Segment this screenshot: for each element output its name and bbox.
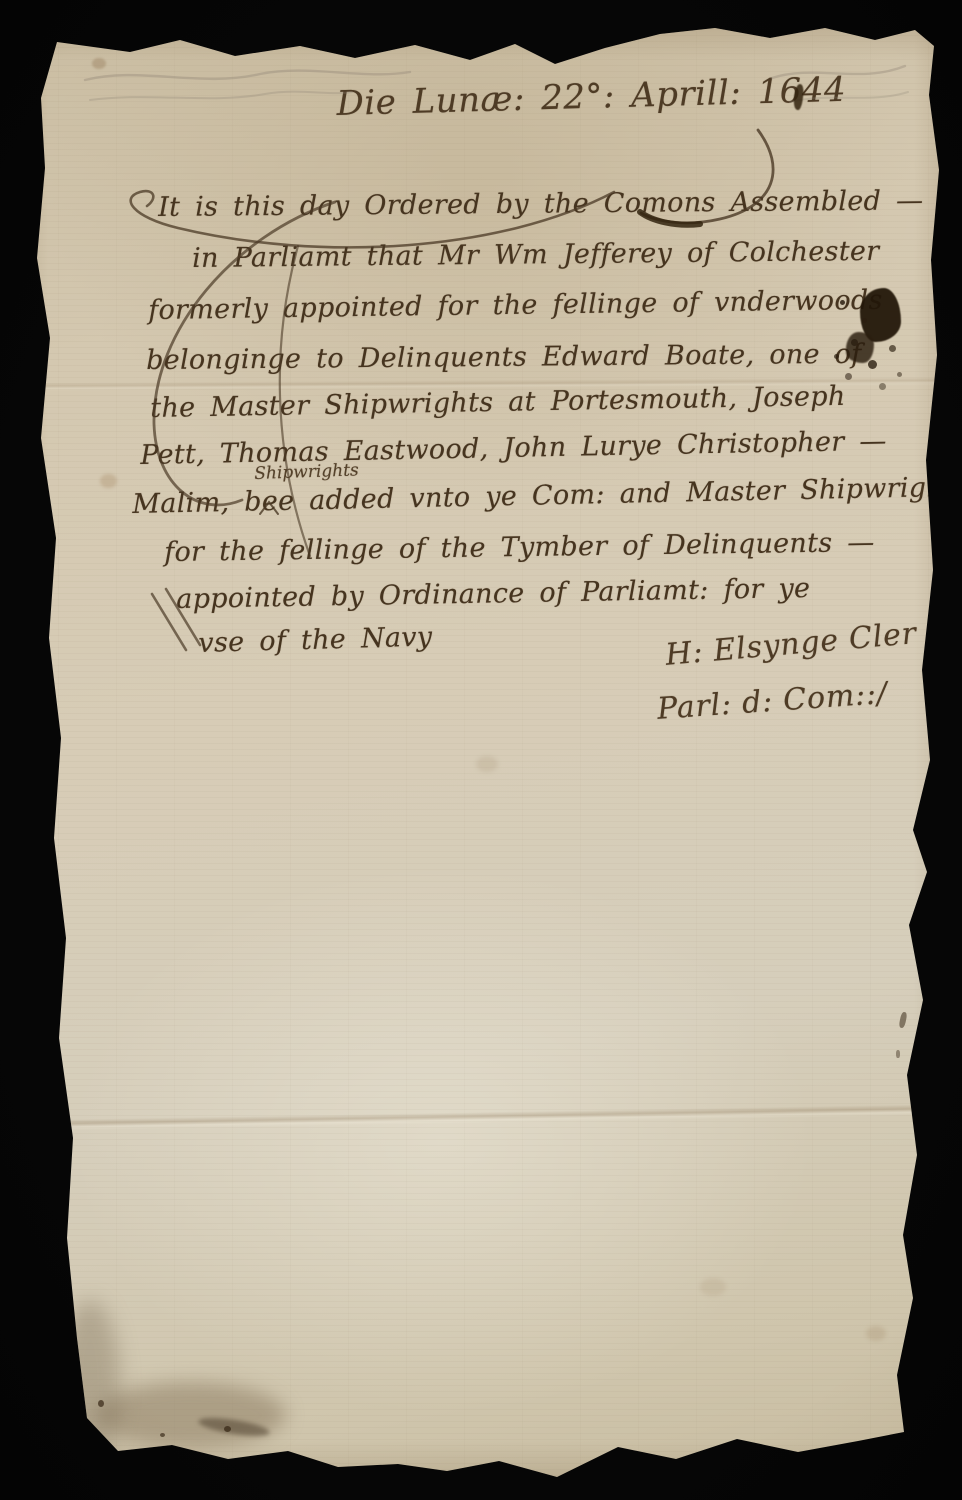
foxing-spot bbox=[700, 1278, 726, 1296]
body-line: in Parliamt that Mr Wm Jefferey of Colch… bbox=[192, 236, 880, 274]
body-line: belonginge to Delinquents Edward Boate, … bbox=[146, 339, 862, 376]
clerk-signature-title: Parl: d: Com::/ bbox=[656, 676, 889, 727]
fold-crease-lower bbox=[38, 1104, 936, 1131]
foxing-spot bbox=[100, 474, 117, 488]
ink-speck bbox=[896, 1050, 900, 1058]
body-line: the Master Shipwrights at Portesmouth, J… bbox=[150, 381, 846, 424]
pen-flourishes bbox=[0, 0, 962, 1500]
foxing-spot bbox=[866, 1326, 886, 1341]
interlinear-insertion: Shipwrights bbox=[254, 460, 359, 484]
photo-of-manuscript: Die Lunæ: 22°: Aprill: 1644 It is this d… bbox=[0, 0, 962, 1500]
ink-speck bbox=[898, 1012, 907, 1029]
clerk-signature: H: Elsynge Cler bbox=[664, 616, 918, 673]
ink-speck bbox=[98, 1400, 104, 1407]
body-line: It is this day Ordered by the Comons Ass… bbox=[158, 185, 923, 223]
body-line: vse of the Navy bbox=[198, 621, 433, 659]
pencil-annotation-left-2 bbox=[90, 92, 352, 100]
body-line: appointed by Ordinance of Parliamt: for … bbox=[176, 573, 811, 615]
foxing-spot bbox=[92, 58, 106, 69]
body-line: formerly appointed for the fellinge of v… bbox=[148, 285, 883, 326]
stain-left-edge bbox=[60, 1300, 120, 1470]
foxing-spot bbox=[476, 756, 498, 772]
body-line: Pett, Thomas Eastwood, John Lurye Christ… bbox=[140, 426, 887, 471]
ink-speck bbox=[224, 1426, 231, 1432]
date-heading: Die Lunæ: 22°: Aprill: 1644 bbox=[336, 70, 847, 124]
ink-speck bbox=[160, 1433, 165, 1437]
pencil-annotation-left bbox=[85, 71, 410, 80]
stain-streak bbox=[197, 1414, 270, 1439]
body-line: for the fellinge of the Tymber of Delinq… bbox=[164, 527, 875, 568]
paper-sheet: Die Lunæ: 22°: Aprill: 1644 It is this d… bbox=[0, 0, 962, 1500]
stain-bottom-left bbox=[96, 1382, 286, 1448]
